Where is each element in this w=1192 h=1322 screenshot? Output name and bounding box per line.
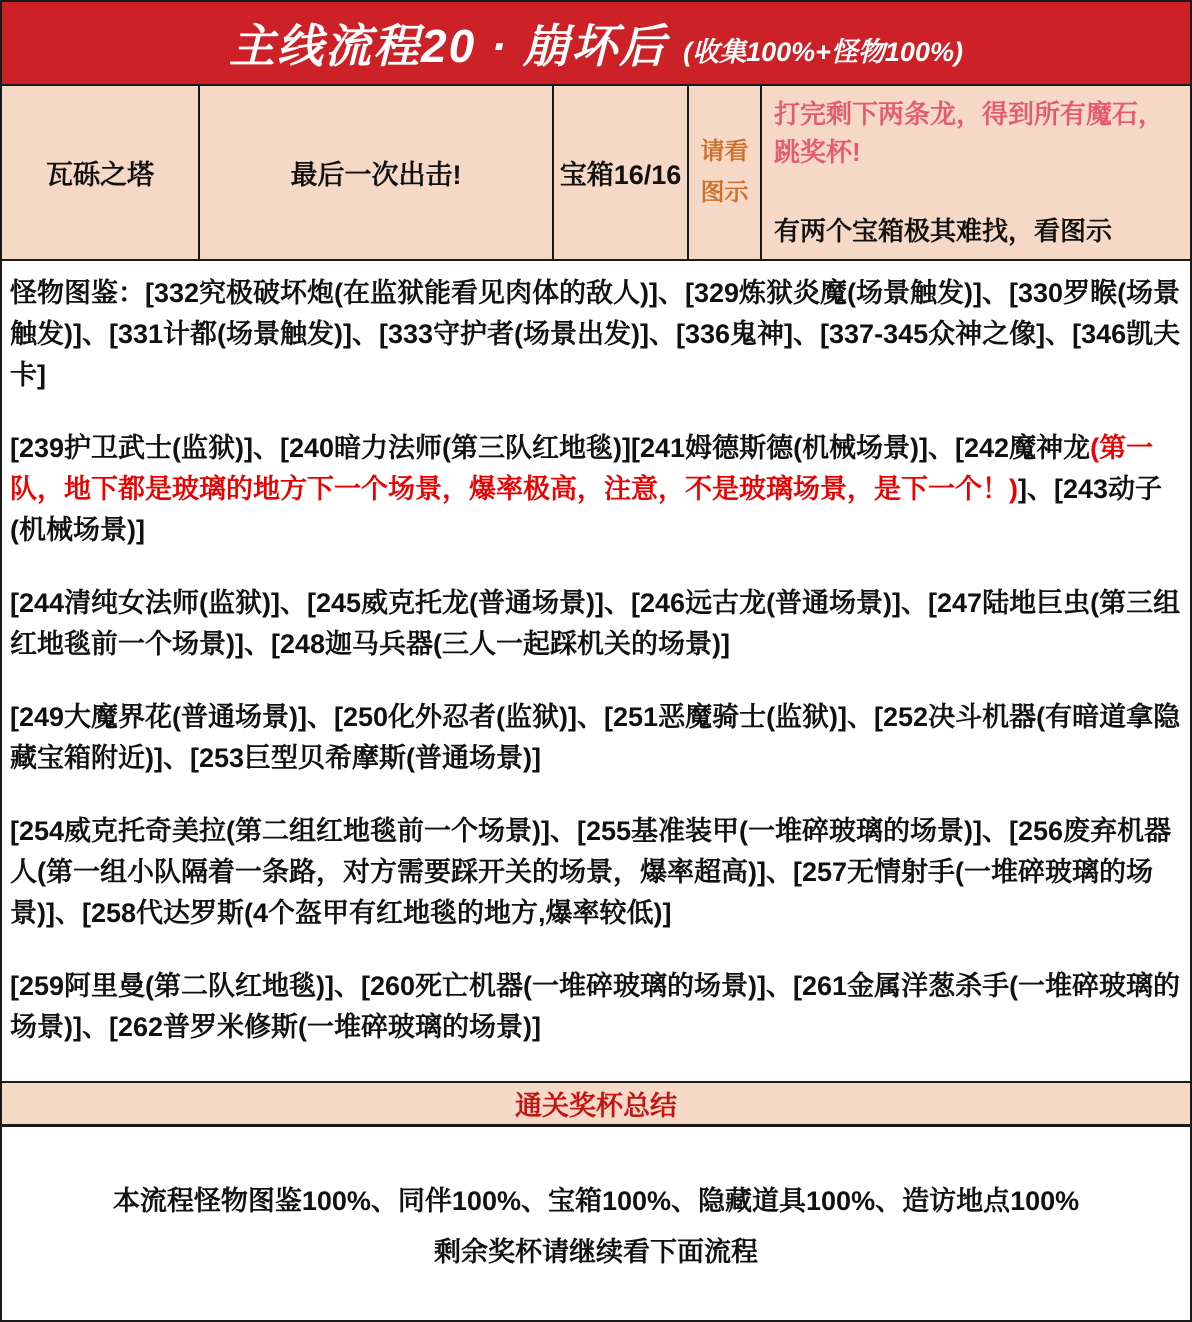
page-title: 主线流程20 · 崩坏后 [229,10,667,76]
text-run-black: [239护卫武士(监狱)]、[240暗力法师(第三队红地毯)][241姆德斯德(… [10,433,1090,463]
monster-paragraph: [249大魔界花(普通场景)]、[250化外忍者(监狱)]、[251恶魔骑士(监… [10,697,1182,779]
monster-paragraph: [244清纯女法师(监狱)]、[245威克托龙(普通场景)]、[246远古龙(普… [10,583,1182,665]
text-run-black: [244清纯女法师(监狱)]、[245威克托龙(普通场景)]、[246远古龙(普… [10,588,1180,659]
cell-see-diagram: 请看图示 [689,86,762,259]
text-run-black: [254威克托奇美拉(第二组红地毯前一个场景)]、[255基准装甲(一堆碎玻璃的… [10,816,1171,928]
header-banner: 主线流程20 · 崩坏后 (收集100%+怪物100%) [2,2,1190,86]
see-diagram-label: 请看图示 [699,132,750,214]
cell-chest-count: 宝箱16/16 [554,86,689,259]
footer-line-continue: 剩余奖杯请继续看下面流程 [434,1230,758,1269]
monster-paragraph: [254威克托奇美拉(第二组红地毯前一个场景)]、[255基准装甲(一堆碎玻璃的… [10,811,1182,934]
summary-title: 通关奖杯总结 [515,1084,677,1123]
monster-list-body: 怪物图鉴：[332究极破坏炮(在监狱能看见肉体的敌人)]、[329炼狱炎魔(场景… [2,261,1190,1083]
chest-count-label: 宝箱16/16 [560,153,682,192]
monster-paragraph: [259阿里曼(第二队红地毯)]、[260死亡机器(一堆碎玻璃的场景)]、[26… [10,966,1182,1048]
note-plain: 有两个宝箱极其难找，看图示 [774,213,1112,251]
summary-bar: 通关奖杯总结 [2,1083,1190,1127]
quest-label: 最后一次出击! [291,153,462,192]
monster-paragraph: [239护卫武士(监狱)]、[240暗力法师(第三队红地毯)][241姆德斯德(… [10,428,1182,551]
cell-quest: 最后一次出击! [200,86,554,259]
location-label: 瓦砾之塔 [46,153,154,192]
cell-location: 瓦砾之塔 [2,86,200,259]
footer-summary: 本流程怪物图鉴100%、同伴100%、宝箱100%、隐藏道具100%、造访地点1… [2,1127,1190,1320]
text-run-black: [259阿里曼(第二队红地毯)]、[260死亡机器(一堆碎玻璃的场景)]、[26… [10,971,1180,1042]
cell-note: 打完剩下两条龙，得到所有魔石，跳奖杯! 有两个宝箱极其难找，看图示 [762,86,1190,259]
info-row: 瓦砾之塔 最后一次出击! 宝箱16/16 请看图示 打完剩下两条龙，得到所有魔石… [2,86,1190,261]
footer-line-completion: 本流程怪物图鉴100%、同伴100%、宝箱100%、隐藏道具100%、造访地点1… [113,1179,1079,1218]
guide-page: 主线流程20 · 崩坏后 (收集100%+怪物100%) 瓦砾之塔 最后一次出击… [0,0,1192,1322]
note-highlight: 打完剩下两条龙，得到所有魔石，跳奖杯! [774,96,1178,171]
monster-paragraph: 怪物图鉴：[332究极破坏炮(在监狱能看见肉体的敌人)]、[329炼狱炎魔(场景… [10,273,1182,396]
text-run-black: 怪物图鉴：[332究极破坏炮(在监狱能看见肉体的敌人)]、[329炼狱炎魔(场景… [10,278,1180,390]
page-subtitle: (收集100%+怪物100%) [683,18,963,69]
text-run-black: [249大魔界花(普通场景)]、[250化外忍者(监狱)]、[251恶魔骑士(监… [10,702,1180,773]
